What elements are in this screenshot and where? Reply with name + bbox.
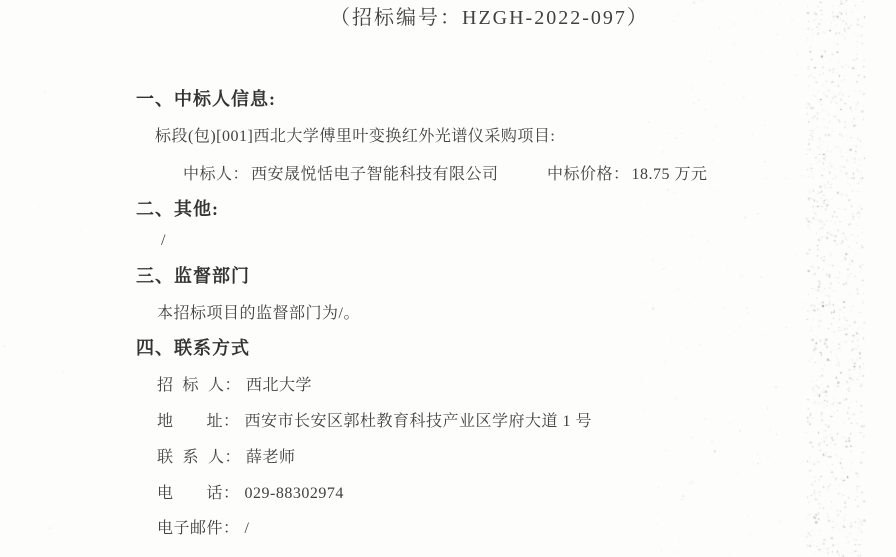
- winner-label: 中标人：: [183, 166, 249, 183]
- contact-label: 联 系 人：: [157, 449, 241, 466]
- contact-label: 地 址：: [157, 413, 240, 430]
- contact-row-person: 联 系 人：薛老师: [157, 449, 296, 467]
- price-line: 中标价格：18.75 万元: [547, 166, 708, 184]
- supervision-content: 本招标项目的监督部门为/。: [157, 305, 360, 323]
- section-heading-contact: 四、联系方式: [136, 338, 250, 359]
- contact-value: 薛老师: [246, 449, 296, 466]
- scanned-document-page: （招标编号：HZGH-2022-097） 一、中标人信息: 标段(包)[001]…: [0, 0, 896, 557]
- contact-value: /: [245, 520, 250, 537]
- scan-noise-texture: [0, 0, 896, 557]
- contact-label: 招 标 人：: [157, 377, 241, 394]
- winner-line: 中标人：西安晟悦恬电子智能科技有限公司: [183, 166, 499, 184]
- tender-number: （招标编号：HZGH-2022-097）: [330, 7, 649, 30]
- contact-value: 西北大学: [246, 377, 312, 394]
- section-heading-other: 二、其他:: [136, 199, 219, 220]
- contact-row-address: 地 址：西安市长安区郭杜教育科技产业区学府大道 1 号: [157, 413, 592, 431]
- price-value: 18.75 万元: [632, 166, 708, 183]
- price-label: 中标价格：: [547, 166, 630, 183]
- contact-row-email: 电子邮件：/: [157, 520, 249, 538]
- contact-row-tenderee: 招 标 人：西北大学: [157, 377, 312, 395]
- contact-label: 电子邮件：: [157, 520, 240, 537]
- contact-label: 电 话：: [157, 485, 240, 502]
- section-heading-winner-info: 一、中标人信息:: [136, 89, 276, 110]
- section-heading-supervision: 三、监督部门: [136, 266, 250, 287]
- contact-value: 西安市长安区郭杜教育科技产业区学府大道 1 号: [245, 413, 593, 430]
- contact-row-phone: 电 话：029-88302974: [157, 485, 344, 503]
- package-line: 标段(包)[001]西北大学傅里叶变换红外光谱仪采购项目:: [155, 128, 555, 146]
- contact-value: 029-88302974: [245, 485, 344, 502]
- other-content: /: [161, 232, 166, 250]
- winner-name: 西安晟悦恬电子智能科技有限公司: [251, 166, 499, 183]
